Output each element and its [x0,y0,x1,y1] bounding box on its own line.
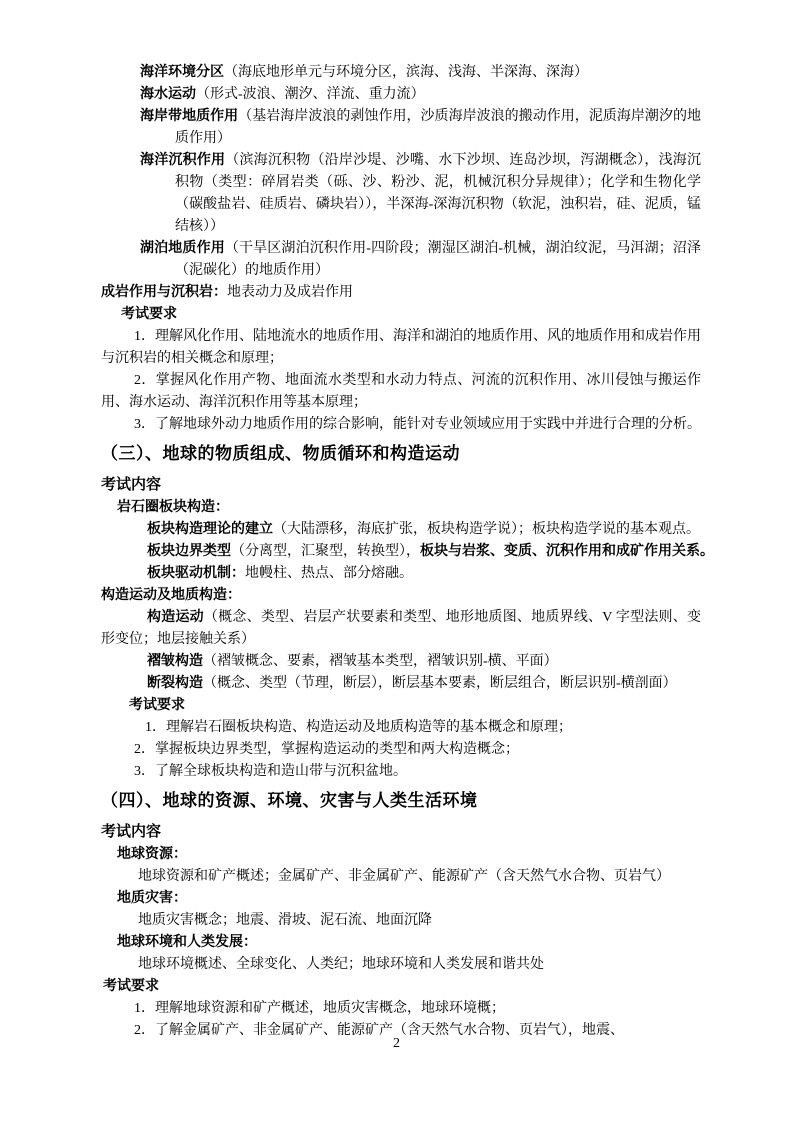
term-text: （形式-波浪、潮汐、洋流、重力流） [196,87,425,102]
term-label: 板块边界类型 [147,544,231,559]
numbered-item: 3．了解全球板块构造和造山带与沉积盆地。 [101,761,701,783]
numbered-item: 2．掌握板块边界类型，掌握构造运动的类型和两大构造概念； [101,739,701,761]
group-label-earth-resources: 地球资源： [101,844,701,866]
term-label: 海岸带地质作用 [140,109,238,124]
term-label: 成岩作用与沉积岩： [101,285,227,300]
term-label: 板块构造理论的建立 [147,522,273,537]
group-label-plate-tectonics: 岩石圈板块构造： [101,497,701,519]
exam-requirements-label: 考试要求 [101,976,701,998]
term-item-marine-deposition: 海洋沉积作用（滨海沉积物（沿岸沙堤、沙嘴、水下沙坝、连岛沙坝，泻湖概念），浅海沉… [101,150,701,238]
section-heading-3: （三）、地球的物质组成、物质循环和构造运动 [101,441,701,467]
term-text: （基岩海岸波浪的剥蚀作用，沙质海岸波浪的搬动作用，泥质海岸潮汐的地质作用） [175,109,701,146]
term-text: （概念、类型（节理，断层），断层基本要素，断层组合，断层识别-横剖面） [203,676,677,691]
numbered-item: 3．了解地球外动力地质作用的综合影响，能针对专业领域应用于实践中并进行合理的分析… [101,414,701,436]
document-page: 海洋环境分区（海底地形单元与环境分区，滨海、浅海、半深海、深海） 海水运动（形式… [0,0,793,1121]
page-content: 海洋环境分区（海底地形单元与环境分区，滨海、浅海、半深海、深海） 海水运动（形式… [101,62,701,1042]
term-text: （滨海沉积物（沿岸沙堤、沙嘴、水下沙坝、连岛沙坝，泻湖概念），浅海沉积物（类型：… [175,153,701,234]
numbered-item: 2．掌握风化作用产物、地面流水类型和水动力特点、河流的沉积作用、冰川侵蚀与搬运作… [101,370,701,414]
content-line-environment-development: 地球环境概述、全球变化、人类纪；地球环境和人类发展和谐共处 [101,954,701,976]
term-item-fault-structure: 断裂构造（概念、类型（节理，断层），断层基本要素，断层组合，断层识别-横剖面） [101,673,701,695]
term-text: 地表动力及成岩作用 [227,285,353,300]
group-label-tectonic-movement: 构造运动及地质构造： [101,585,701,607]
term-text: （分离型，汇聚型，转换型）， [231,544,420,559]
term-label: 断裂构造 [147,676,203,691]
term-text: （褶皱概念、要素，褶皱基本类型，褶皱识别-横、平面） [203,654,558,669]
term-label: 板块驱动机制： [147,566,245,581]
term-item-coastal-action: 海岸带地质作用（基岩海岸波浪的剥蚀作用，沙质海岸波浪的搬动作用，泥质海岸潮汐的地… [101,106,701,150]
term-item-diagenesis: 成岩作用与沉积岩：地表动力及成岩作用 [101,282,701,304]
term-label: 褶皱构造 [147,654,203,669]
numbered-item: 1．理解风化作用、陆地流水的地质作用、海洋和湖泊的地质作用、风的地质作用和成岩作… [101,326,701,370]
term-bold-suffix: 板块与岩浆、变质、沉积作用和成矿作用关系。 [420,544,714,559]
term-item-lake-action: 湖泊地质作用（干旱区湖泊沉积作用-四阶段；潮湿区湖泊-机械，湖泊纹泥，马洱湖；沼… [101,238,701,282]
exam-requirements-label: 考试要求 [101,304,701,326]
term-label: 海洋环境分区 [140,65,224,80]
exam-requirements-label: 考试要求 [101,695,701,717]
term-text: （大陆漂移，海底扩张，板块构造学说）；板块构造学说的基本观点。 [273,522,700,537]
term-item-marine-env: 海洋环境分区（海底地形单元与环境分区，滨海、浅海、半深海、深海） [101,62,701,84]
term-item-seawater-motion: 海水运动（形式-波浪、潮汐、洋流、重力流） [101,84,701,106]
exam-content-label: 考试内容 [101,820,701,844]
term-item-plate-boundary: 板块边界类型（分离型，汇聚型，转换型），板块与岩浆、变质、沉积作用和成矿作用关系… [101,541,701,563]
term-label: 海水运动 [140,87,196,102]
term-item-tectonic-movement: 构造运动（概念、类型、岩层产状要素和类型、地形地质图、地质界线、V 字型法则、变… [101,607,701,651]
content-line-geo-hazards: 地质灾害概念；地震、滑坡、泥石流、地面沉降 [101,910,701,932]
term-label: 湖泊地质作用 [140,241,225,256]
term-item-fold-structure: 褶皱构造（褶皱概念、要素，褶皱基本类型，褶皱识别-横、平面） [101,651,701,673]
group-label-geo-hazards: 地质灾害： [101,888,701,910]
page-number: 2 [0,1034,793,1054]
term-label: 构造运动 [147,610,204,625]
term-item-plate-driving: 板块驱动机制：地幔柱、热点、部分熔融。 [101,563,701,585]
numbered-item: 1．理解地球资源和矿产概述，地质灾害概念，地球环境概； [101,998,701,1020]
content-line-earth-resources: 地球资源和矿产概述；金属矿产、非金属矿产、能源矿产（含天然气水合物、页岩气） [101,866,701,888]
term-text: （海底地形单元与环境分区，滨海、浅海、半深海、深海） [224,65,588,80]
exam-content-label: 考试内容 [101,473,701,497]
group-label-environment-development: 地球环境和人类发展： [101,932,701,954]
numbered-item: 1．理解岩石圈板块构造、构造运动及地质构造等的基本概念和原理； [101,717,701,739]
section-heading-4: （四）、地球的资源、环境、灾害与人类生活环境 [101,788,701,814]
term-text: 地幔柱、热点、部分熔融。 [245,566,413,581]
term-item-plate-theory: 板块构造理论的建立（大陆漂移，海底扩张，板块构造学说）；板块构造学说的基本观点。 [101,519,701,541]
term-text: （干旱区湖泊沉积作用-四阶段；潮湿区湖泊-机械，湖泊纹泥，马洱湖；沼泽（泥碳化）… [175,241,701,278]
term-label: 海洋沉积作用 [140,153,225,168]
